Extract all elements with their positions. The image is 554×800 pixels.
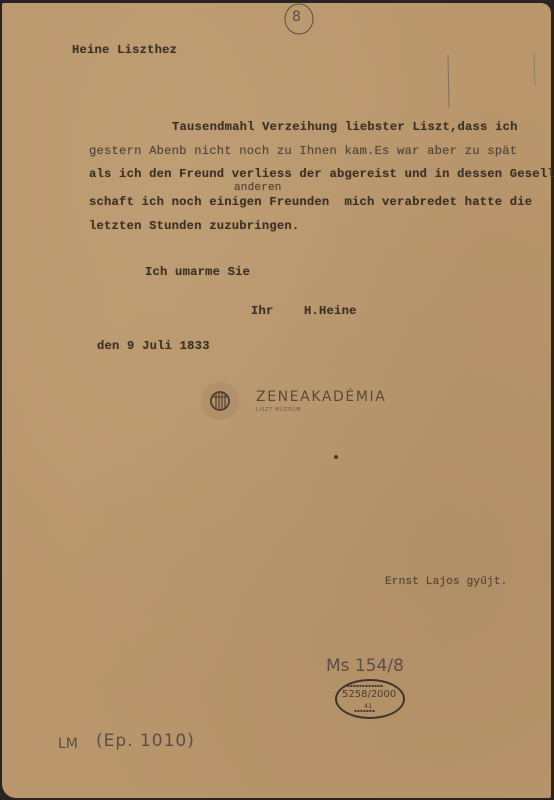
handwritten-reference: (Ep. 1010) <box>96 731 195 751</box>
document-page: 8 Heine Liszthez Tausendmahl Verzeihung … <box>2 3 551 798</box>
letter-heading: Heine Liszthez <box>72 43 177 57</box>
letter-body-line-5: letzten Stunden zuzubringen. <box>89 219 299 233</box>
letter-body-line-1: Tausendmahl Verzeihung liebster Liszt,da… <box>172 120 518 134</box>
letter-closing: Ich umarme Sie <box>145 265 250 279</box>
page-number-annotation: 8 <box>292 9 301 25</box>
zeneakademia-watermark: ZENEAKADÉMIA LISZT MÚZEUM <box>200 381 386 421</box>
handwritten-prefix: LM <box>58 736 78 752</box>
liszt-museum-emblem-icon <box>200 381 240 421</box>
ink-spot <box>334 455 338 459</box>
interlinear-insertion: anderen <box>234 182 282 194</box>
letter-date: den 9 Juli 1833 <box>97 339 210 353</box>
signature-prefix: Ihr <box>251 304 274 318</box>
letter-body-line-3: als ich den Freund verliess der abgereis… <box>89 167 554 181</box>
copyist-note: Ernst Lajos gyűjt. <box>385 576 507 588</box>
stamp-number: 5258/2000 <box>342 689 396 700</box>
letter-body-line-2: gestern Abenb nicht noch zu Ihnen kam.Es… <box>89 144 517 158</box>
letter-body-line-4: schaft ich noch einigen Freunden mich ve… <box>89 195 532 209</box>
watermark-title: ZENEAKADÉMIA <box>256 389 386 405</box>
signature: H.Heine <box>304 304 357 318</box>
shelfmark: Ms 154/8 <box>326 656 404 676</box>
watermark-subtitle: LISZT MÚZEUM <box>256 407 386 413</box>
